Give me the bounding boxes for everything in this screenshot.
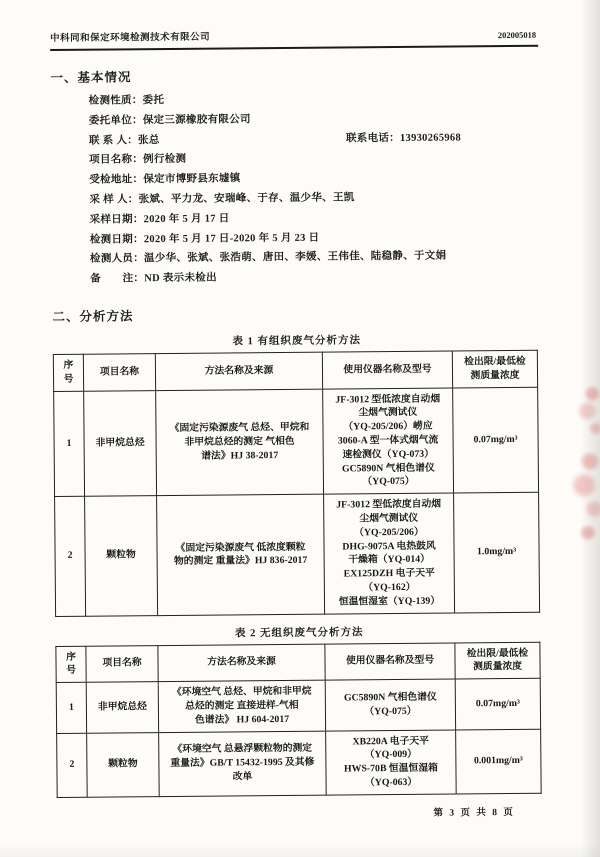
field-label: 采样日期：	[90, 214, 144, 225]
report-number: 202005018	[498, 30, 538, 40]
col-header-item: 项目名称	[86, 645, 158, 682]
field-value: 保定三源橡胶有限公司	[143, 114, 251, 126]
field-label: 检测日期：	[90, 234, 144, 245]
field-label: 委托单位：	[89, 115, 143, 126]
page-number-footer: 第 3 页 共 8 页	[57, 803, 541, 821]
cell-index: 1	[54, 391, 85, 497]
field-label: 检测性质：	[89, 95, 143, 106]
cell-instrument: GC5890N 气相色谱仪 （YQ-075）	[325, 679, 455, 731]
table2-caption: 表 2 无组织废气分析方法	[55, 622, 543, 641]
field-contact-phone: 联系电话：13930265968	[346, 128, 461, 149]
field-value: 2020 年 5 月 17 日	[144, 213, 230, 225]
field-value: 张斌、平力龙、安瑞峰、于存、温少华、王凯	[138, 192, 354, 205]
cell-item: 非甲烷总烃	[84, 390, 157, 496]
cell-instrument: JF-3012 型低浓度自动烟 尘烟气测试仪 （YQ-205/206）崂应 30…	[323, 388, 454, 495]
company-name: 中科同和保定环境检测技术有限公司	[50, 29, 210, 44]
cell-method: 《固定污染源废气 总烃、甲烷和 非甲烷总烃的测定 气相色 谱法》HJ 38-20…	[156, 389, 324, 496]
table-header-row: 序 号 项目名称 方法名称及来源 使用仪器名称及型号 检出限/最低检 测质量浓度	[56, 642, 540, 683]
field-label: 联 系 人：	[89, 135, 138, 146]
col-header-index: 序 号	[53, 354, 83, 391]
document-header: 中科同和保定环境检测技术有限公司 202005018	[50, 26, 538, 51]
col-header-detection-limit: 检出限/最低检 测质量浓度	[452, 350, 537, 387]
table-row: 2 颗粒物 《环境空气 总悬浮颗粒物的测定 重量法》GB/T 15432-199…	[57, 729, 542, 797]
cell-instrument: XB220A 电子天平 （YQ-009） HWS-70B 恒温恒湿箱 （YQ-0…	[326, 729, 457, 794]
field-value: 2020 年 5 月 17 日-2020 年 5 月 23 日	[144, 232, 320, 245]
col-header-instrument: 使用仪器名称及型号	[325, 643, 455, 681]
field-remark: 备 注：ND 表示未检出	[90, 266, 540, 290]
cell-detection-limit: 1.0mg/m³	[454, 492, 540, 612]
field-label: 项目名称：	[89, 155, 143, 166]
section-title-analysis-methods: 二、分析方法	[52, 303, 540, 325]
scan-edge-shadow	[0, 843, 600, 857]
field-label: 采 样 人：	[89, 194, 138, 205]
cell-detection-limit: 0.001mg/m³	[456, 729, 542, 794]
table-organized-waste-gas: 序 号 项目名称 方法名称及来源 使用仪器名称及型号 检出限/最低检 测质量浓度…	[53, 350, 540, 617]
field-label: 检测人员：	[90, 254, 144, 265]
phone-value: 13930265968	[400, 132, 461, 144]
section-title-basic-info: 一、基本情况	[50, 64, 538, 86]
table1-caption: 表 1 有组织废气分析方法	[53, 331, 541, 350]
cell-method: 《固定污染源废气 低浓度颗粒 物的测定 重量法》HJ 836-2017	[157, 494, 325, 615]
cell-detection-limit: 0.07mg/m³	[453, 387, 539, 493]
table-row: 1 非甲烷总烃 《环境空气 总烃、甲烷和非甲烷 总烃的测定 直接进样-气相 色谱…	[56, 678, 540, 733]
field-value: 例行检测	[143, 154, 186, 165]
col-header-method: 方法名称及来源	[158, 644, 325, 682]
red-seal-mark	[568, 452, 600, 547]
field-value: ND 表示未检出	[144, 273, 217, 285]
phone-label: 联系电话：	[346, 133, 400, 144]
cell-index: 2	[57, 733, 88, 797]
field-label: 备 注：	[90, 273, 144, 284]
cell-index: 1	[56, 682, 86, 733]
cell-item: 非甲烷总烃	[86, 682, 158, 733]
col-header-item: 项目名称	[83, 354, 155, 391]
red-seal-mark	[572, 385, 600, 443]
col-header-instrument: 使用仪器名称及型号	[322, 351, 452, 389]
page-content: 中科同和保定环境检测技术有限公司 202005018 一、基本情况 检测性质：委…	[50, 26, 545, 822]
cell-method: 《环境空气 总烃、甲烷和非甲烷 总烃的测定 直接进样-气相 色谱法》 HJ 60…	[158, 680, 325, 732]
field-label: 受检地址：	[89, 174, 143, 185]
field-value: 温少华、张斌、张浩萌、唐田、李媛、王伟佳、陆稳静、于文娟	[144, 251, 446, 265]
col-header-method: 方法名称及来源	[155, 352, 322, 390]
cell-detection-limit: 0.07mg/m³	[455, 678, 540, 729]
scanned-report-page: 中科同和保定环境检测技术有限公司 202005018 一、基本情况 检测性质：委…	[0, 0, 600, 857]
table-row: 2 颗粒物 《固定污染源废气 低浓度颗粒 物的测定 重量法》HJ 836-201…	[55, 492, 540, 616]
field-value: 张总	[138, 135, 160, 146]
basic-info-fields: 检测性质：委托 委托单位：保定三源橡胶有限公司 联 系 人：张总 联系电话：13…	[89, 88, 541, 290]
table-row: 1 非甲烷总烃 《固定污染源废气 总烃、甲烷和 非甲烷总烃的测定 气相色 谱法》…	[54, 387, 539, 497]
cell-instrument: JF-3012 型低浓度自动烟 尘烟气测试仪 （YQ-205/206） DHG-…	[324, 493, 455, 614]
table-unorganized-waste-gas: 序 号 项目名称 方法名称及来源 使用仪器名称及型号 检出限/最低检 测质量浓度…	[55, 641, 541, 797]
cell-item: 颗粒物	[87, 732, 160, 797]
cell-index: 2	[55, 496, 86, 616]
field-value: 委托	[143, 95, 165, 106]
table-header-row: 序 号 项目名称 方法名称及来源 使用仪器名称及型号 检出限/最低检 测质量浓度	[53, 350, 537, 391]
cell-item: 颗粒物	[85, 496, 158, 616]
field-value: 保定市博野县东墟镇	[143, 174, 240, 186]
scan-edge-shadow	[580, 0, 600, 857]
cell-method: 《环境空气 总悬浮颗粒物的测定 重量法》GB/T 15432-1995 及其修 …	[159, 731, 327, 797]
col-header-index: 序 号	[56, 646, 86, 683]
col-header-detection-limit: 检出限/最低检 测质量浓度	[455, 642, 540, 679]
